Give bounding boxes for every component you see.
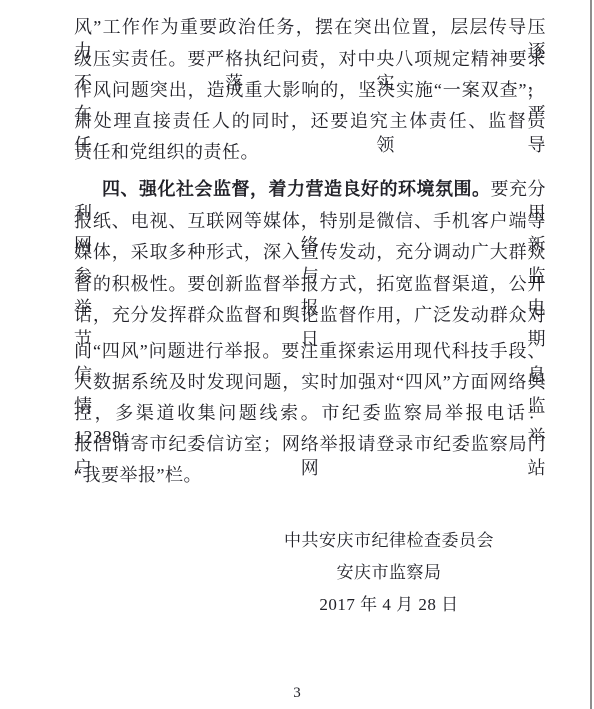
document-page: 风”工作作为重要政治任务，摆在突出位置，层层传导压力，逐 级压实责任。要严格执纪… xyxy=(0,0,594,709)
signature-date: 2017 年 4 月 28 日 xyxy=(239,593,539,617)
body-line: “我要举报”栏。 xyxy=(74,463,546,487)
signature-org-line-1: 中共安庆市纪律检查委员会 xyxy=(239,529,539,553)
signature-org-line-2: 安庆市监察局 xyxy=(239,561,539,585)
scan-edge-line xyxy=(590,0,592,709)
body-line: 责任和党组织的责任。 xyxy=(74,140,546,164)
section-heading-bold: 四、强化社会监督，着力营造良好的环境氛围。 xyxy=(102,179,491,199)
page-number: 3 xyxy=(0,684,594,702)
